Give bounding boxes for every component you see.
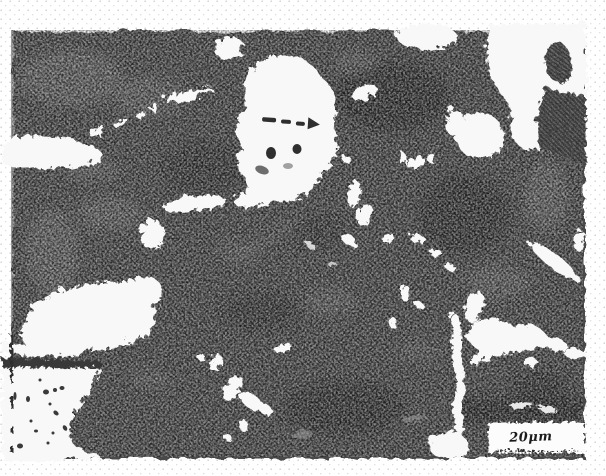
bright-particle: [340, 153, 348, 161]
micrograph: 20μm: [0, 0, 606, 476]
bright-particle: [397, 151, 405, 163]
bright-particle: [196, 351, 202, 359]
bright-particle: [388, 315, 395, 327]
bright-particle: [237, 417, 245, 429]
scale-bar: 20μm: [486, 420, 583, 454]
micrograph-figure: 20μm: [0, 0, 606, 476]
dark-speck: [283, 163, 293, 169]
dark-speck: [293, 144, 302, 154]
bright-particle: [426, 151, 433, 162]
scale-bar-label: 20μm: [508, 429, 553, 446]
bright-phase-blob: [521, 355, 535, 365]
bright-phase-blob: [394, 21, 454, 47]
bright-particle: [326, 259, 334, 265]
dark-speck: [266, 147, 276, 159]
